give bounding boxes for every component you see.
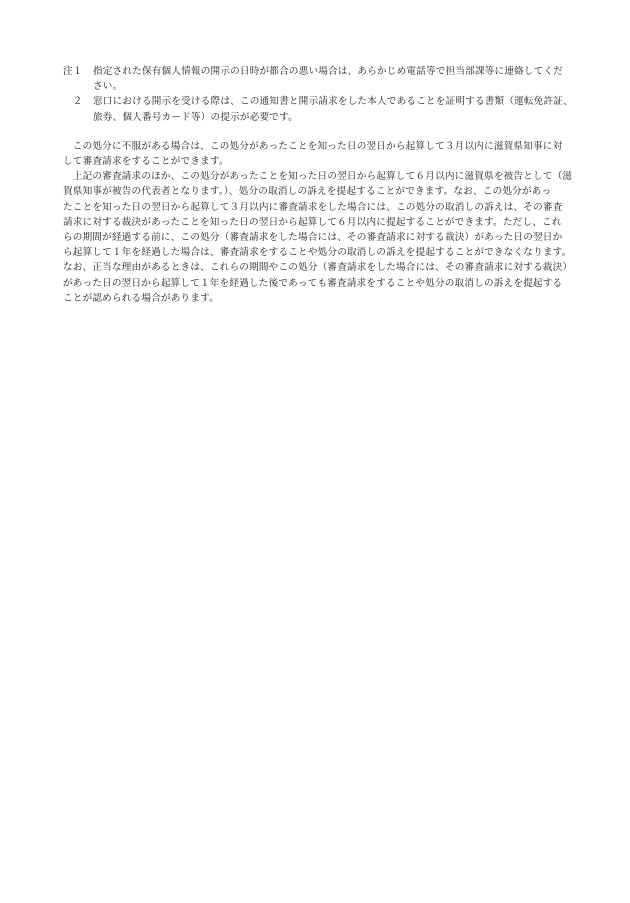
lawsuit-line-4: 請求に対する裁決があったことを知った日の翌日から起算して６月以内に提起することが…	[63, 215, 571, 230]
lawsuit-line-2: 賀県知事が被告の代表者となります。）、処分の取消しの訴えを提起することができます…	[63, 184, 571, 199]
lawsuit-line-3: たことを知った日の翌日から起算して３月以内に審査請求をした場合には、この処分の取…	[63, 200, 571, 215]
note-1-body: 指定された保有個人情報の開示の日時が都合の悪い場合は、あらかじめ電話等で担当部課…	[93, 64, 571, 94]
appeal-line-1: この処分に不服がある場合は、この処分があったことを知った日の翌日から起算して３月…	[63, 139, 571, 154]
lawsuit-line-9: ことが認められる場合があります。	[63, 291, 571, 306]
note-2-line-2: 旅券、個人番号カード等）の提示が必要です。	[93, 110, 573, 125]
lawsuit-line-8: があった日の翌日から起算して１年を経過した後であっても審査請求をすることや処分の…	[63, 276, 571, 291]
note-1-label: 注１	[63, 64, 93, 94]
note-1-line-2: さい。	[93, 79, 571, 94]
lawsuit-paragraph: 上記の審査請求のほか、この処分があったことを知った日の翌日から起算して６月以内に…	[63, 169, 571, 306]
note-1: 注１ 指定された保有個人情報の開示の日時が都合の悪い場合は、あらかじめ電話等で担…	[63, 64, 571, 94]
note-2-label: ２	[63, 94, 93, 124]
note-1-line-1: 指定された保有個人情報の開示の日時が都合の悪い場合は、あらかじめ電話等で担当部課…	[93, 64, 571, 79]
note-2-body: 窓口における開示を受ける際は、この通知書と開示請求をした本人であることを証明する…	[93, 94, 573, 124]
document-page: 注１ 指定された保有個人情報の開示の日時が都合の悪い場合は、あらかじめ電話等で担…	[63, 64, 571, 306]
lawsuit-line-6: ら起算して１年を経過した場合は、審査請求をすることや処分の取消しの訴えを提起する…	[63, 245, 571, 260]
note-2: ２ 窓口における開示を受ける際は、この通知書と開示請求をした本人であることを証明…	[63, 94, 571, 124]
lawsuit-line-1: 上記の審査請求のほか、この処分があったことを知った日の翌日から起算して６月以内に…	[63, 169, 571, 184]
lawsuit-line-5: らの期間が経過する前に、この処分（審査請求をした場合には、その審査請求に対する裁…	[63, 230, 571, 245]
notes-section: 注１ 指定された保有個人情報の開示の日時が都合の悪い場合は、あらかじめ電話等で担…	[63, 64, 571, 125]
lawsuit-line-7: なお、正当な理由があるときは、これらの期間やこの処分（審査請求をした場合には、そ…	[63, 260, 571, 275]
appeal-paragraph: この処分に不服がある場合は、この処分があったことを知った日の翌日から起算して３月…	[63, 139, 571, 169]
appeal-line-2: して審査請求をすることができます。	[63, 154, 571, 169]
note-2-line-1: 窓口における開示を受ける際は、この通知書と開示請求をした本人であることを証明する…	[93, 94, 573, 109]
